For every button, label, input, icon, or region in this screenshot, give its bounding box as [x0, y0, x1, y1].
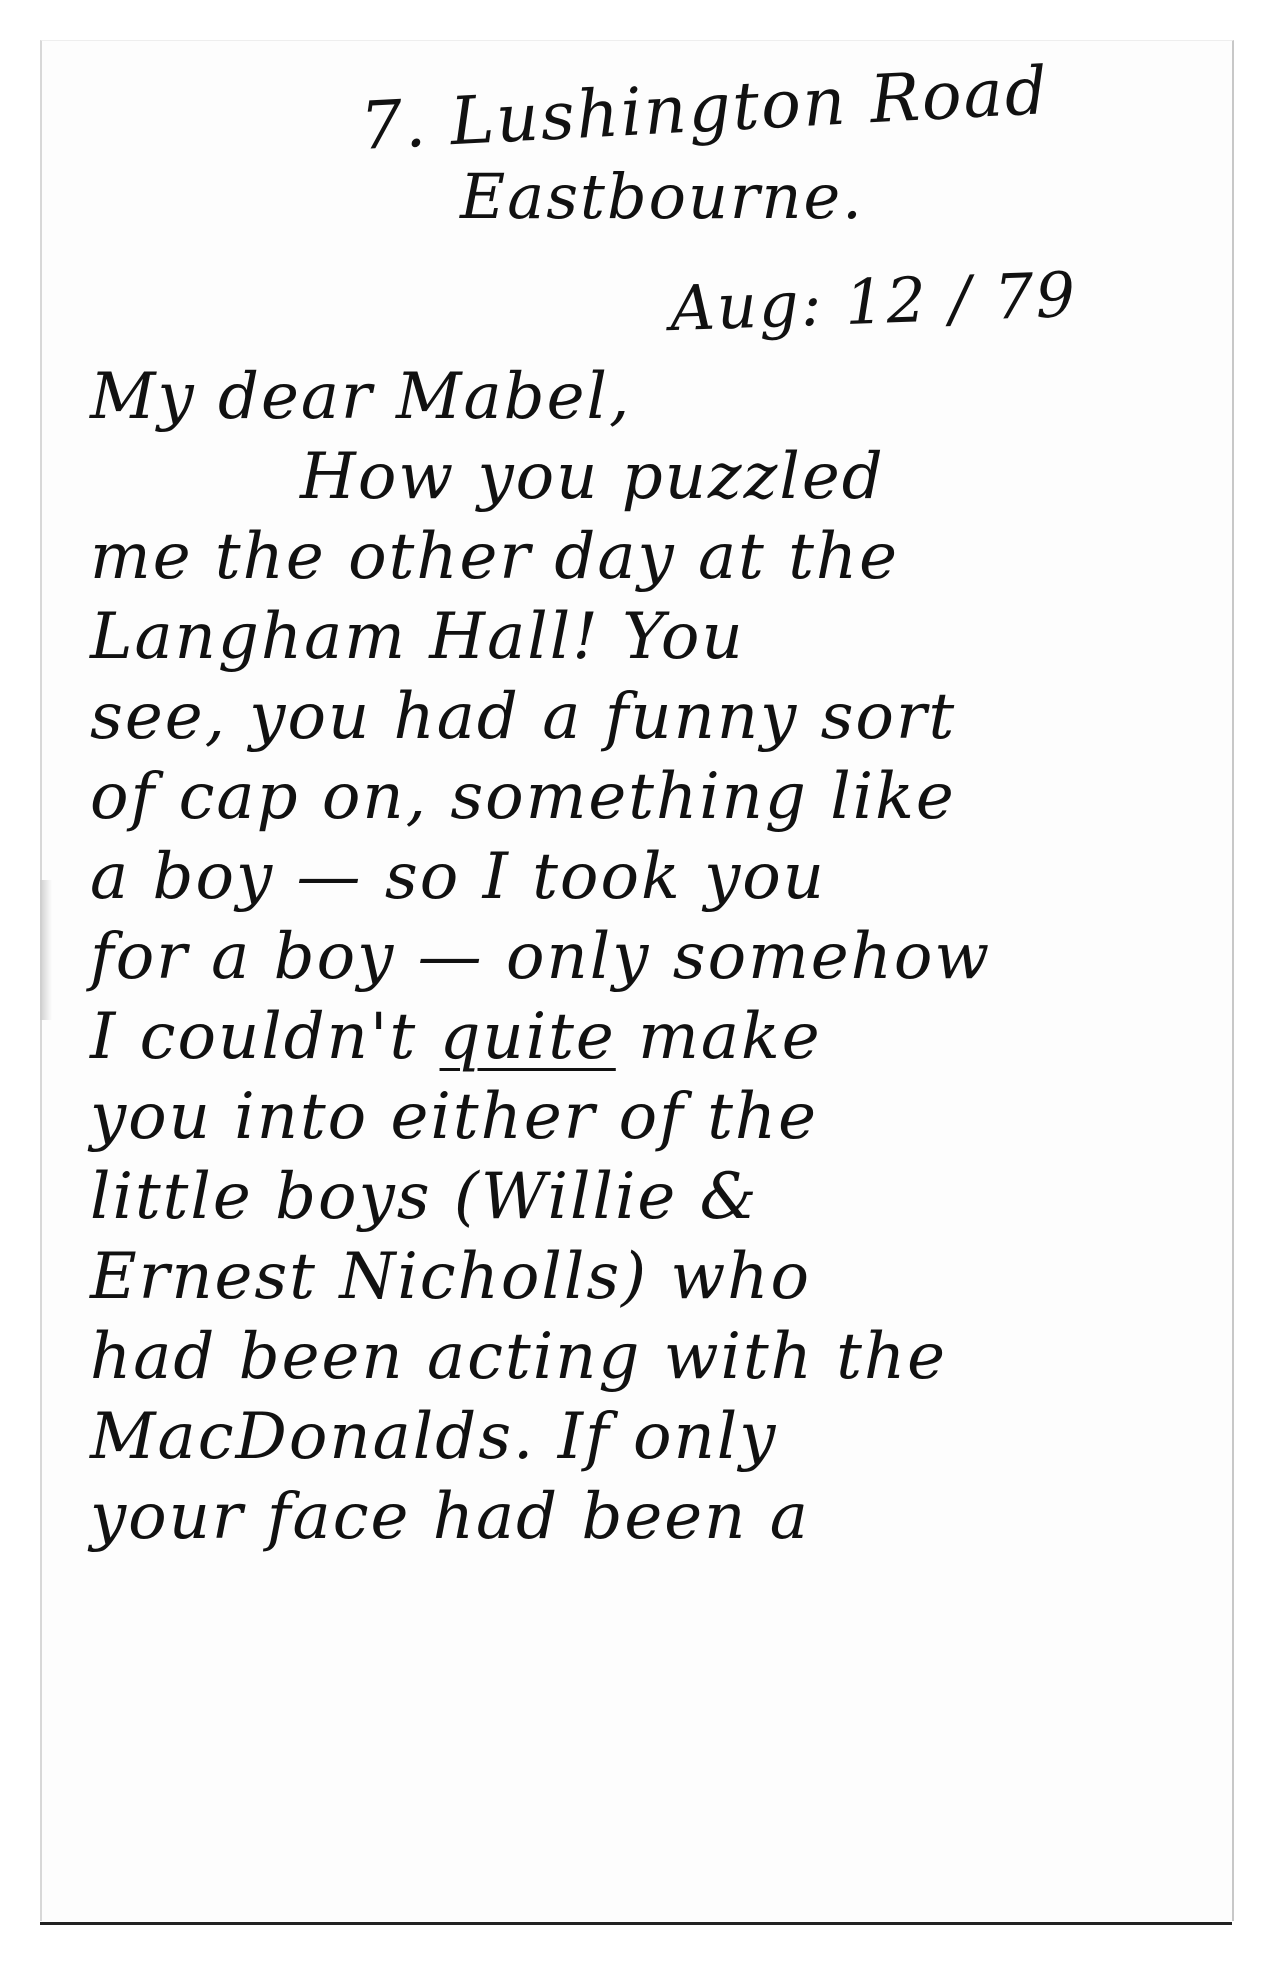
body-line-8: I couldn't quite make [90, 1000, 822, 1074]
address-line-2: Eastbourne. [460, 160, 864, 233]
body-line-13: MacDonalds. If only [90, 1400, 777, 1474]
underlined-word: quite [440, 1000, 616, 1074]
body-line-9: you into either of the [90, 1080, 818, 1154]
paper-smudge [40, 880, 52, 1020]
body-line-14: your face had been a [90, 1480, 810, 1554]
body-line-10: little boys (Willie & [90, 1160, 759, 1234]
body-line-12: had been acting with the [90, 1320, 947, 1394]
body-line-4: see, you had a funny sort [90, 680, 956, 754]
body-line-2: me the other day at the [90, 520, 899, 594]
body-line-5: of cap on, something like [90, 760, 956, 834]
body-line-8-start: I couldn't [90, 1000, 440, 1074]
body-line-7: for a boy — only somehow [90, 920, 991, 994]
body-line-6: a boy — so I took you [90, 840, 826, 914]
body-line-11: Ernest Nicholls) who [90, 1240, 811, 1314]
body-line-8-end: make [616, 1000, 822, 1074]
page-bottom-edge [40, 1922, 1232, 1925]
body-line-1: How you puzzled [300, 440, 885, 514]
letter-date: Aug: 12 / 79 [669, 258, 1078, 345]
salutation: My dear Mabel, [90, 360, 631, 434]
body-line-3: Langham Hall! You [90, 600, 745, 674]
